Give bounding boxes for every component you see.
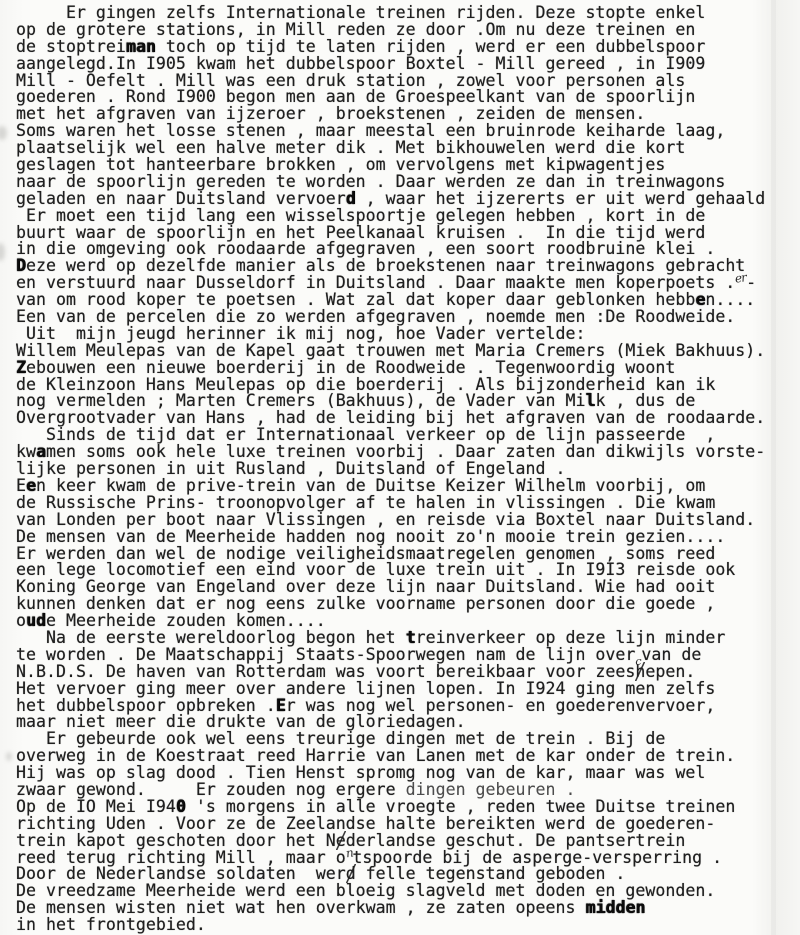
handwritten-correction: c: [635, 654, 641, 671]
handwritten-correction: er: [734, 270, 747, 288]
text-segment: in het frontgebied.: [16, 915, 206, 934]
text-line: in het frontgebied.: [16, 917, 796, 934]
scan-smudge: [0, 243, 5, 261]
scan-smudge: [6, 752, 12, 761]
scan-smudge: [0, 126, 7, 140]
handwritten-correction: n: [345, 844, 354, 862]
text-segment: midden: [585, 898, 645, 917]
document-text: Er gingen zelfs Internationale treinen r…: [16, 5, 796, 934]
typewritten-page: Er gingen zelfs Internationale treinen r…: [0, 0, 800, 935]
